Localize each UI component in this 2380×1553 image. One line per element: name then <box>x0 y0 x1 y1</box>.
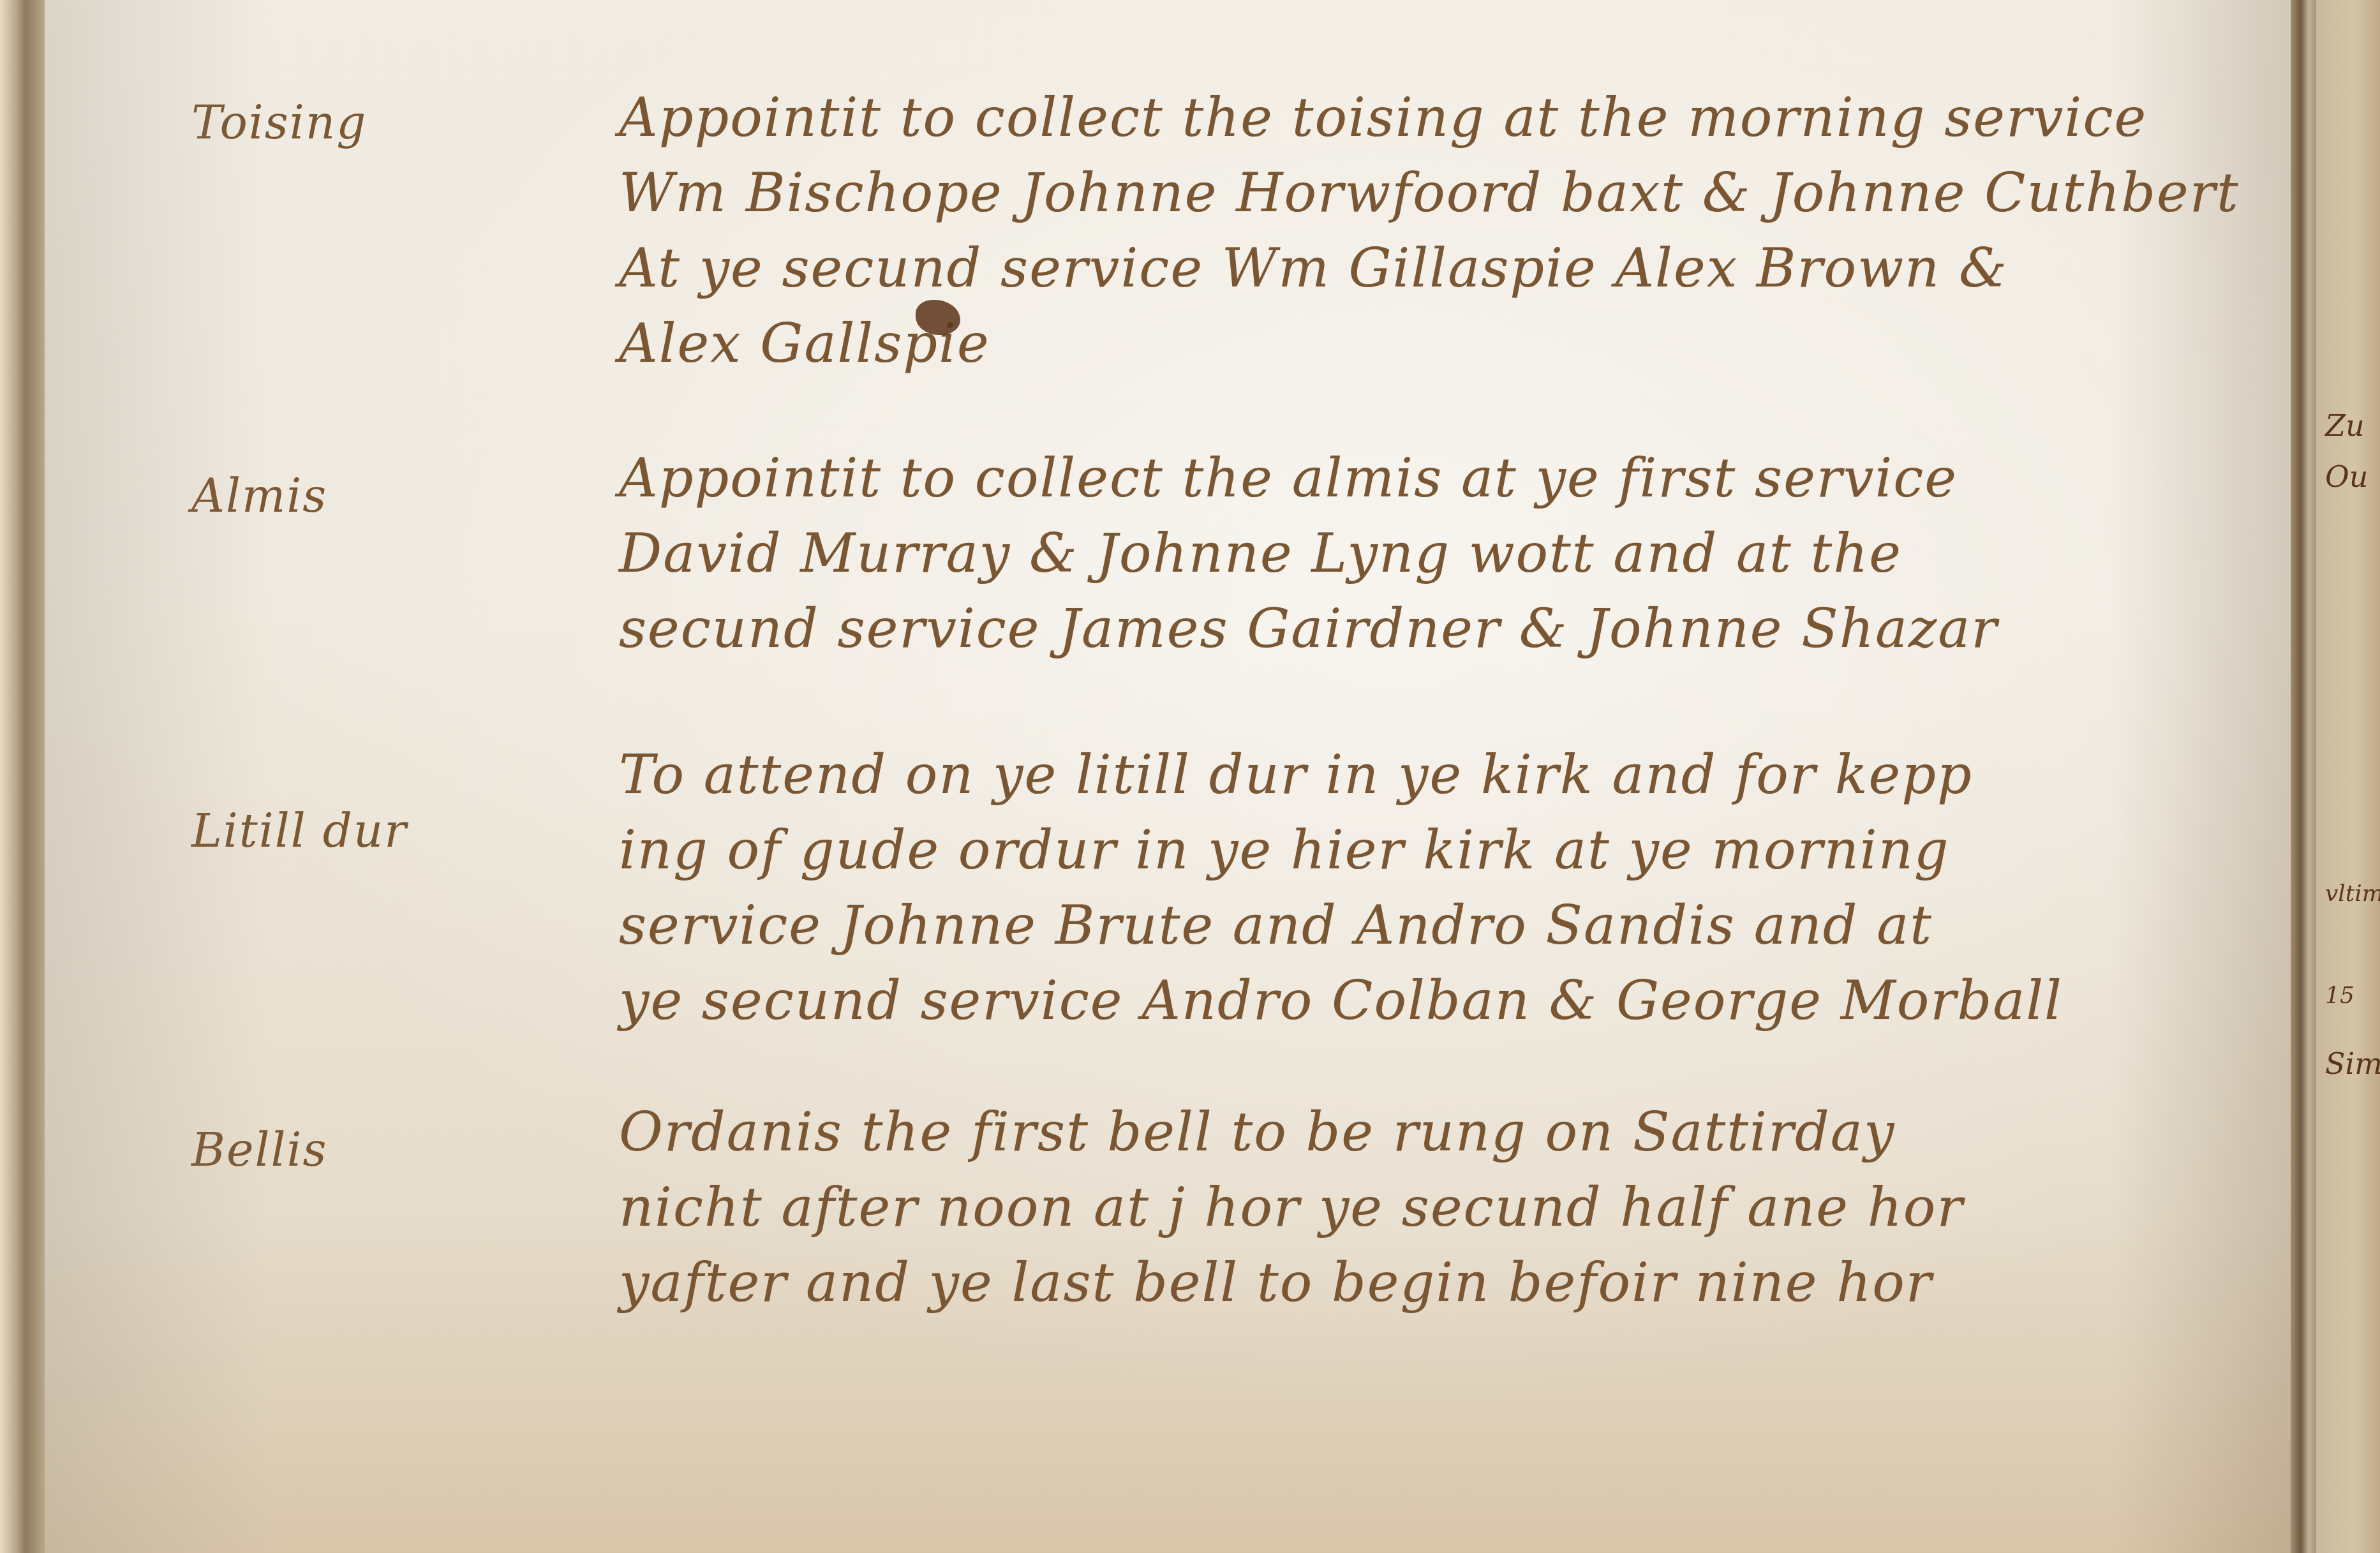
book-gutter <box>2291 0 2316 1553</box>
entry-line: Appointit to collect the toising at the … <box>619 80 2310 155</box>
entry-toising: Appointit to collect the toising at the … <box>619 80 2310 381</box>
manuscript-page: Toising Appointit to collect the toising… <box>45 0 2291 1553</box>
facing-page-fragment: Ou <box>2325 459 2368 494</box>
entry-line: David Murray & Johnne Lyng wott and at t… <box>619 516 2310 591</box>
entry-bellis: Ordanis the first bell to be rung on Sat… <box>619 1094 2310 1320</box>
margin-heading-almis: Almis <box>191 469 327 523</box>
entry-line: service Johnne Brute and Andro Sandis an… <box>619 888 2310 963</box>
entry-line: To attend on ye litill dur in ye kirk an… <box>619 737 2310 812</box>
left-binding-edge <box>0 0 45 1553</box>
margin-heading-litill-dur: Litill dur <box>191 804 408 858</box>
facing-page-fragment: vltimo <box>2325 881 2380 907</box>
entry-line: Appointit to collect the almis at ye fir… <box>619 440 2310 516</box>
entry-litill-dur: To attend on ye litill dur in ye kirk an… <box>619 737 2310 1038</box>
entry-line: ye secund service Andro Colban & George … <box>619 963 2310 1038</box>
entry-line: yafter and ye last bell to begin befoir … <box>619 1245 2310 1320</box>
entry-line: nicht after noon at j hor ye secund half… <box>619 1170 2310 1245</box>
entry-line: Ordanis the first bell to be rung on Sat… <box>619 1094 2310 1170</box>
margin-heading-toising: Toising <box>191 96 367 149</box>
facing-page-fragment: Zu <box>2325 408 2365 443</box>
entry-line: At ye secund service Wm Gillaspie Alex B… <box>619 230 2310 306</box>
entry-line: ing of gude ordur in ye hier kirk at ye … <box>619 812 2310 888</box>
entry-line: Alex Gallspie <box>619 306 2310 381</box>
entry-line: secund service James Gairdner & Johnne S… <box>619 591 2310 666</box>
margin-heading-bellis: Bellis <box>191 1123 328 1177</box>
facing-page-fragment: Sim <box>2325 1046 2380 1081</box>
facing-page-edge: Zu Ou vltimo 15 Sim <box>2316 0 2380 1553</box>
facing-page-fragment: 15 <box>2325 983 2354 1009</box>
entry-almis: Appointit to collect the almis at ye fir… <box>619 440 2310 666</box>
entry-line: Wm Bischope Johnne Horwfoord baxt & John… <box>619 155 2310 230</box>
